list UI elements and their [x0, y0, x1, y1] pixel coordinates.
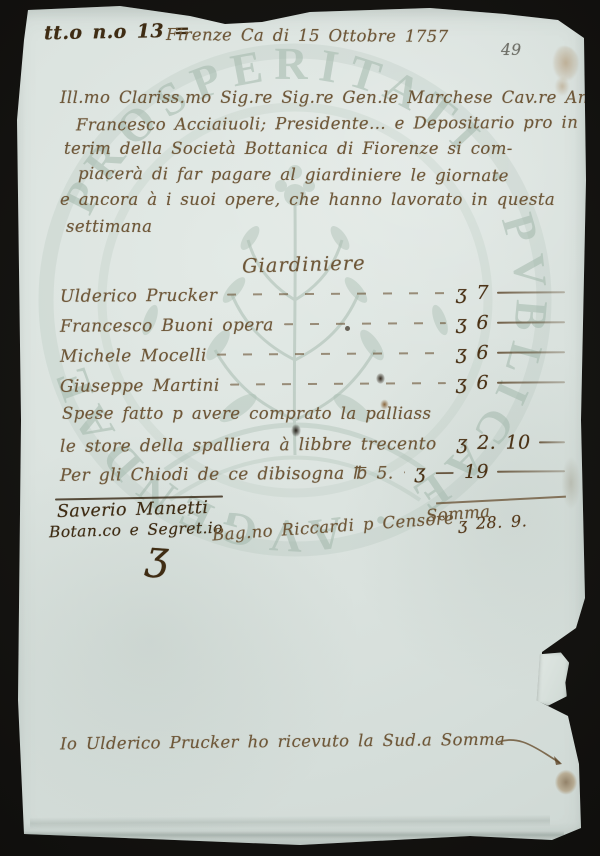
secretary-title: Botan.co e Segret.io: [49, 519, 223, 542]
tail-rule: [497, 470, 565, 472]
pen-flourish-icon: [496, 734, 568, 770]
salutation-line: terim della Società Bottanica di Fiorenz…: [64, 139, 513, 158]
leader-dashes: [284, 322, 446, 325]
ledger-row-label: Francesco Buoni opera: [60, 315, 274, 336]
expense-row-amount: ʒ — 19: [415, 461, 490, 484]
ledger-row-label: Giuseppe Martini: [60, 376, 220, 397]
ledger-row: Francesco Buoni opera ʒ 6: [60, 311, 565, 337]
censor-signature: Bag.no Riccardi p Censore: [212, 509, 455, 545]
dateline: Firenze Ca di 15 Ottobre 1757: [166, 25, 449, 46]
leader-dashes: [404, 471, 405, 473]
folio-number: 49: [501, 41, 522, 59]
expense-row-label: le store della spalliera à libbre trecen…: [60, 434, 437, 457]
salutation-line: e ancora à i suoi opere, che hanno lavor…: [60, 190, 555, 209]
tail-rule: [497, 351, 565, 353]
ledger-row-amount: ʒ 6: [456, 342, 489, 364]
expense-row-amount: ʒ 2. 10: [457, 431, 531, 454]
paper-crease: [30, 815, 550, 830]
somma-overline-rule: [436, 496, 566, 504]
tail-rule: [497, 321, 565, 323]
ink-stain: [550, 766, 582, 802]
salutation-line: settimana: [66, 217, 152, 236]
salutation-line: piacerà di far pagare al giardiniere le …: [78, 164, 509, 185]
salutation-line: Ill.mo Clariss.mo Sig.re Sig.re Gen.le M…: [60, 88, 600, 107]
ledger-row-amount: ʒ 6: [456, 312, 489, 334]
tail-rule: [497, 291, 565, 293]
expense-line: Spese fatto p avere comprato la palliass: [62, 404, 431, 423]
ledger-row-label: Ulderico Prucker: [60, 286, 217, 307]
ledger-row-amount: ʒ 6: [456, 372, 489, 394]
section-heading: Giardiniere: [242, 251, 366, 277]
expense-row-label: Per gli Chiodi de ce dibisogna ℔ 5.: [60, 463, 394, 485]
ledger-row: Michele Mocelli ʒ 6: [60, 341, 565, 367]
salutation-line: Francesco Acciaiuoli; Presidente... e De…: [76, 113, 578, 135]
somma-amount: ʒ 28. 9.: [458, 511, 528, 534]
paraph-flourish: ʒ: [145, 535, 171, 577]
leader-dashes: [230, 382, 446, 386]
tail-rule: [539, 441, 565, 443]
ledger-row-amount: ʒ 7: [456, 282, 489, 304]
leader-dashes: [227, 292, 446, 296]
leader-dashes: [217, 352, 446, 356]
ledger-row: Giuseppe Martini ʒ 6: [60, 371, 565, 397]
torn-paper-flap: [536, 651, 570, 707]
ledger-row-label: Michele Mocelli: [60, 346, 207, 367]
secretary-signature: Saverio Manetti: [57, 498, 209, 522]
manuscript-page: PROSPERITATI · PVBLICAE · AVGENDAE: [0, 0, 600, 856]
paper-crease: [24, 831, 564, 839]
ink-stain: [558, 448, 584, 518]
expense-row: Per gli Chiodi de ce dibisogna ℔ 5. ʒ — …: [60, 460, 565, 486]
tail-rule: [497, 381, 565, 383]
receipt-line: Io Ulderico Prucker ho ricevuto la Sud.a…: [60, 730, 505, 754]
expense-row: le store della spalliera à libbre trecen…: [60, 431, 565, 457]
ledger-row: Ulderico Prucker ʒ 7: [60, 281, 565, 307]
